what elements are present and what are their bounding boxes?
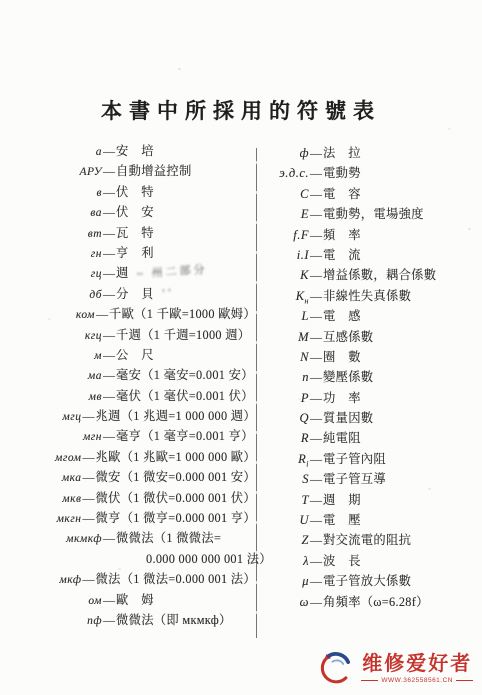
- description: 對交流電的阻抗: [323, 530, 411, 550]
- dash-separator: —: [103, 202, 115, 222]
- symbol-row: мв—毫伏（1 毫伏=0.001 伏）: [34, 386, 256, 406]
- symbol: мкгн: [34, 509, 82, 529]
- description: 增益係數，耦合係數: [323, 265, 436, 285]
- symbol: ω: [263, 592, 309, 612]
- description: 電 壓: [323, 510, 361, 530]
- symbol: мгц: [34, 407, 82, 427]
- dash-separator: —: [103, 365, 115, 385]
- dash-separator: —: [103, 610, 115, 630]
- symbol-row: мгн—毫亨（1 毫亨=0.001 亨）: [34, 426, 256, 446]
- description: 圈 數: [323, 347, 361, 367]
- symbol-row: i.I—電 流: [263, 245, 477, 265]
- symbol-row: M—互感係數: [263, 327, 477, 347]
- description: 功 率: [323, 388, 361, 408]
- description: 變壓係數: [323, 367, 373, 387]
- description: 電動勢，電場強度: [323, 204, 424, 224]
- description: 安 培: [116, 141, 154, 161]
- symbol-row: АРУ—自動增益控制: [34, 161, 256, 181]
- description: 微安（1 微安=0.000 001 安）: [96, 467, 257, 487]
- symbol: мка: [34, 468, 82, 488]
- dash-separator: —: [103, 263, 115, 283]
- symbol: n: [263, 367, 309, 387]
- dash-separator: —: [310, 347, 322, 367]
- dash-separator: —: [310, 490, 322, 510]
- symbol-row: мкв—微伏（1 微伏=0.000 001 伏）: [34, 488, 256, 508]
- description: 電 流: [323, 245, 361, 265]
- symbol-row: E—電動勢，電場強度: [263, 204, 477, 224]
- symbol: гн: [34, 244, 102, 264]
- url-right-rule: [456, 680, 473, 681]
- symbol-row: мка—微安（1 微安=0.000 001 安）: [34, 467, 256, 487]
- symbol: мв: [34, 387, 102, 407]
- symbol: ма: [34, 366, 102, 386]
- symbol: мгн: [34, 427, 102, 447]
- dash-separator: —: [310, 592, 322, 612]
- dash-separator: —: [310, 449, 322, 469]
- symbol-row: мкгн—微亨（1 微亨=0.000 001 亨）: [34, 508, 256, 528]
- symbol: мгом: [34, 448, 82, 468]
- symbol-row: C—電 容: [263, 184, 477, 204]
- dash-separator: —: [83, 467, 95, 487]
- description: 頻 率: [323, 225, 361, 245]
- symbol-row: гц—週~ 州二部分: [34, 263, 256, 283]
- symbol-row: м—公 尺: [34, 345, 256, 365]
- description: 波 長: [323, 551, 361, 571]
- dash-separator: —: [103, 182, 115, 202]
- symbol-row: в—伏 特: [34, 182, 256, 202]
- description: 毫安（1 毫安=0.001 安）: [116, 365, 254, 385]
- description: 毫伏（1 毫伏=0.001 伏）: [116, 386, 254, 406]
- dash-separator: —: [103, 386, 115, 406]
- symbol: i.I: [263, 245, 309, 265]
- symbol: U: [263, 510, 309, 530]
- description: 分 貝’’: [116, 284, 174, 305]
- symbol-row: λ—波 長: [263, 551, 477, 571]
- description: 週~ 州二部分: [116, 263, 207, 284]
- description: 電子管互導: [323, 469, 386, 489]
- description: 質量因數: [323, 408, 373, 428]
- description: 電 感: [323, 306, 361, 326]
- symbol-row: ом—歐 姆: [34, 590, 256, 610]
- symbol: гц: [34, 264, 102, 284]
- symbol-row: L—電 感: [263, 306, 477, 326]
- swoosh-logo-icon: [318, 647, 354, 689]
- dash-separator: —: [83, 569, 95, 589]
- symbol: мкф: [34, 570, 82, 590]
- symbol-row: S—電子管互導: [263, 469, 477, 489]
- symbol: пф: [34, 611, 102, 631]
- dash-separator: —: [310, 367, 322, 387]
- symbol: f.F: [263, 225, 309, 245]
- dash-separator: —: [310, 306, 322, 326]
- dash-separator: —: [310, 204, 322, 224]
- symbol-row: кгц—千週（1 千週=1000 週）: [34, 325, 256, 345]
- dash-separator: —: [310, 428, 322, 448]
- symbol: C: [263, 184, 309, 204]
- symbol-row: мкф—微法（1 微法=0.000 001 法）: [34, 569, 256, 589]
- symbol: R: [263, 428, 309, 448]
- dash-separator: —: [310, 469, 322, 489]
- symbol-row: Z—對交流電的阻抗: [263, 530, 477, 550]
- description: 角頻率（ω=6.28f）: [323, 592, 429, 612]
- symbol-subscript: н: [305, 296, 309, 305]
- symbol: P: [263, 388, 309, 408]
- description: 微亨（1 微亨=0.000 001 亨）: [96, 508, 257, 528]
- description: 微微法（1 微微法=: [116, 528, 221, 548]
- symbol: λ: [263, 551, 309, 571]
- dash-separator: —: [310, 225, 322, 245]
- symbol-row: ма—毫安（1 毫安=0.001 安）: [34, 365, 256, 385]
- symbol-row: N—圈 數: [263, 347, 477, 367]
- dash-separator: —: [310, 265, 322, 285]
- symbol-row: мгц—兆週（1 兆週=1 000 000 週）: [34, 406, 256, 426]
- description: 公 尺: [116, 345, 154, 365]
- symbol-row: Q—質量因數: [263, 408, 477, 428]
- symbol-row: Kн—非線性失真係數: [263, 286, 477, 306]
- watermark-url-row: WWW.362558561.CN: [358, 677, 476, 684]
- dash-separator: —: [103, 325, 115, 345]
- description: 微伏（1 微伏=0.000 001 伏）: [96, 488, 257, 508]
- symbol-row: ком—千歐（1 千歐=1000 歐姆）: [34, 304, 256, 324]
- symbol: Z: [263, 530, 309, 550]
- scan-noise: [178, 68, 181, 70]
- dash-separator: —: [310, 163, 322, 183]
- symbol: мкв: [34, 489, 82, 509]
- symbol: Q: [263, 408, 309, 428]
- symbol-row: K—增益係數，耦合係數: [263, 265, 477, 285]
- dash-separator: —: [310, 530, 322, 550]
- symbol: N: [263, 347, 309, 367]
- watermark: 维修爱好者 WWW.362558561.CN: [318, 647, 476, 689]
- description: 互感係數: [323, 327, 373, 347]
- description: 電子管放大係數: [323, 571, 411, 591]
- dash-separator: —: [83, 406, 95, 426]
- symbol-row: n—變壓係數: [263, 367, 477, 387]
- dash-separator: —: [83, 508, 95, 528]
- description: 週 期: [323, 490, 361, 510]
- symbol: ком: [34, 305, 95, 325]
- symbol-column-right: ф—法 拉э.д.с.—電動勢C—電 容E—電動勢，電場強度f.F—頻 率i.I…: [263, 143, 477, 612]
- description-continuation: 0.000 000 000 001 法）: [34, 549, 272, 569]
- dash-separator: —: [103, 590, 115, 610]
- description: 微法（1 微法=0.000 001 法）: [96, 569, 257, 589]
- description: 瓦 特: [116, 223, 154, 243]
- symbol-row: дб—分 貝’’: [34, 284, 256, 304]
- dash-separator: —: [310, 327, 322, 347]
- dash-separator: —: [310, 408, 322, 428]
- description: 電 容: [323, 184, 361, 204]
- ink-smudge: ~ 州二部分: [136, 260, 208, 285]
- dash-separator: —: [310, 245, 322, 265]
- description: 純電阻: [323, 428, 361, 448]
- description: 毫亨（1 毫亨=0.001 亨）: [116, 426, 254, 446]
- description: 電動勢: [323, 163, 361, 183]
- symbol-row: э.д.с.—電動勢: [263, 163, 477, 183]
- dash-separator: —: [310, 286, 322, 306]
- dash-separator: —: [103, 243, 115, 263]
- symbol-row: ω—角頻率（ω=6.28f）: [263, 592, 477, 612]
- symbol: ом: [34, 591, 102, 611]
- symbol: в: [34, 183, 102, 203]
- dash-separator: —: [310, 510, 322, 530]
- symbol-row: гн—亨 利: [34, 243, 256, 263]
- dash-separator: —: [310, 388, 322, 408]
- description: 歐 姆: [116, 590, 154, 610]
- symbol: μ: [263, 571, 309, 591]
- scanned-page: 本書中所採用的符號表 а—安 培АРУ—自動增益控制в—伏 特ва—伏 安вт—…: [0, 0, 482, 695]
- dash-separator: —: [103, 284, 115, 304]
- symbol-row: Ri—電子管內阻: [263, 449, 477, 469]
- symbol: АРУ: [34, 162, 102, 182]
- symbol: L: [263, 306, 309, 326]
- symbol: м: [34, 346, 102, 366]
- description: 電子管內阻: [323, 449, 386, 469]
- description: 千週（1 千週=1000 週）: [116, 325, 250, 345]
- symbol: э.д.с.: [263, 163, 309, 183]
- symbol: K: [263, 265, 309, 285]
- description: 亨 利: [116, 243, 154, 263]
- dash-separator: —: [103, 161, 115, 181]
- dash-separator: —: [103, 528, 115, 548]
- symbol-row: ва—伏 安: [34, 202, 256, 222]
- symbol-row: f.F—頻 率: [263, 225, 477, 245]
- symbol: ва: [34, 203, 102, 223]
- symbol-row: T—週 期: [263, 490, 477, 510]
- symbol: T: [263, 490, 309, 510]
- symbol-row: пф—微微法（即 мкмкф）: [34, 610, 256, 630]
- dash-separator: —: [103, 141, 115, 161]
- symbol: S: [263, 469, 309, 489]
- symbol-row: мгом—兆歐（1 兆歐=1 000 000 歐）: [34, 447, 256, 467]
- url-left-rule: [361, 680, 378, 681]
- page-title: 本書中所採用的符號表: [0, 95, 482, 125]
- watermark-url-text: WWW.362558561.CN: [381, 677, 453, 684]
- description: 兆歐（1 兆歐=1 000 000 歐）: [96, 447, 257, 467]
- symbol-row: вт—瓦 特: [34, 223, 256, 243]
- symbol: E: [263, 204, 309, 224]
- symbol-row: 0.000 000 000 001 法）: [34, 549, 256, 569]
- dash-separator: —: [83, 488, 95, 508]
- symbol-row: а—安 培: [34, 141, 256, 161]
- description: 非線性失真係數: [323, 286, 411, 306]
- symbol: дб: [34, 285, 102, 305]
- description: 自動增益控制: [116, 161, 192, 181]
- symbol: вт: [34, 224, 102, 244]
- dash-separator: —: [83, 447, 95, 467]
- dash-separator: —: [103, 223, 115, 243]
- symbol: ф: [263, 143, 309, 163]
- symbol: а: [34, 142, 102, 162]
- dash-separator: —: [96, 304, 108, 324]
- dash-separator: —: [310, 184, 322, 204]
- symbol-subscript: i: [306, 459, 309, 468]
- description: 伏 安: [116, 202, 154, 222]
- symbol-row: мкмкф—微微法（1 微微法=: [34, 528, 256, 548]
- dash-separator: —: [103, 426, 115, 446]
- symbol: M: [263, 327, 309, 347]
- symbol-column-left: а—安 培АРУ—自動增益控制в—伏 特ва—伏 安вт—瓦 特гн—亨 利гц…: [34, 141, 256, 630]
- symbol: кгц: [34, 326, 102, 346]
- description: 伏 特: [116, 182, 154, 202]
- symbol-row: μ—電子管放大係數: [263, 571, 477, 591]
- symbol-row: ф—法 拉: [263, 143, 477, 163]
- dash-separator: —: [310, 143, 322, 163]
- symbol-row: U—電 壓: [263, 510, 477, 530]
- description: 法 拉: [323, 143, 361, 163]
- dash-separator: —: [310, 571, 322, 591]
- description: 千歐（1 千歐=1000 歐姆）: [109, 304, 256, 324]
- dash-separator: —: [310, 551, 322, 571]
- description: 微微法（即 мкмкф）: [116, 610, 232, 630]
- symbol-row: P—功 率: [263, 388, 477, 408]
- dash-separator: —: [103, 345, 115, 365]
- symbol-row: R—純電阻: [263, 428, 477, 448]
- ink-smudge: ’’: [161, 282, 175, 303]
- symbol: мкмкф: [34, 529, 102, 549]
- description: 兆週（1 兆週=1 000 000 週）: [96, 406, 257, 426]
- watermark-brand-text: 维修爱好者: [362, 653, 472, 675]
